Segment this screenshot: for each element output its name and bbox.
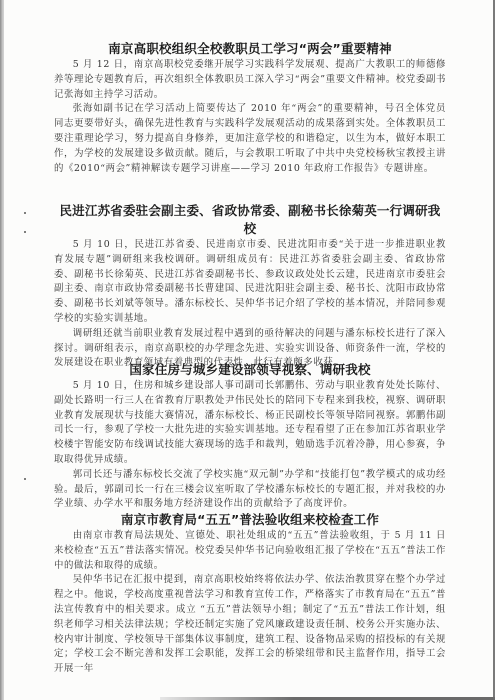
article-paragraph: 5 月 10 日，住房和城乡建设部人事司副司长郭鹏伟、劳动与职业教育处处长陈付、… [54,379,446,468]
article-paragraph: 5 月 12 日，南京高职校党委继开展学习实践科学发展观、提高广大教职工的师德修… [54,58,446,102]
article-lianghui-study: 南京高职校组织全校教职员工学习“两会”重要精神 5 月 12 日，南京高职校党委… [54,40,446,176]
scan-speck [24,478,26,480]
article-paragraph: 张海如副书记在学习活动上简要传达了 2010 年“两会”的重要精神，号召全体党员… [54,102,446,176]
article-paragraph: 吴仲华书记在汇报中提到，南京高职校始终将依法办学、依法治教贯穿在整个办学过程之中… [54,573,446,677]
article-title: 民进江苏省委驻会副主委、省政协常委、副秘书长徐菊英一行调研我校 [54,202,446,238]
article-minjin-visit: 民进江苏省委驻会副主委、省政协常委、副秘书长徐菊英一行调研我校 5 月 10 日… [54,202,446,371]
article-paragraph: 5 月 10 日，民进江苏省委、民进南京市委、民进沈阳市委“关于进一步推进职业教… [54,238,446,327]
article-title: 国家住房与城乡建设部领导视察、调研我校 [54,361,446,379]
article-title: 南京高职校组织全校教职员工学习“两会”重要精神 [54,40,446,58]
article-legal-inspection: 南京市教育局“五五”普法验收组来校检查工作 由南京市教育局法规处、宣德处、职社处… [54,511,446,677]
scan-speck [24,212,26,214]
article-title: 南京市教育局“五五”普法验收组来校检查工作 [54,511,446,529]
article-housing-ministry-visit: 国家住房与城乡建设部领导视察、调研我校 5 月 10 日，住房和城乡建设部人事司… [54,361,446,512]
scan-speck [24,231,26,233]
article-paragraph: 郭司长还与潘东标校长交流了学校实施“双元制”办学和“技能打包”教学模式的成功经验… [54,468,446,512]
article-paragraph: 由南京市教育局法规处、宣德处、职社处组成的“五五”普法验收组，于 5 月 11 … [54,529,446,573]
